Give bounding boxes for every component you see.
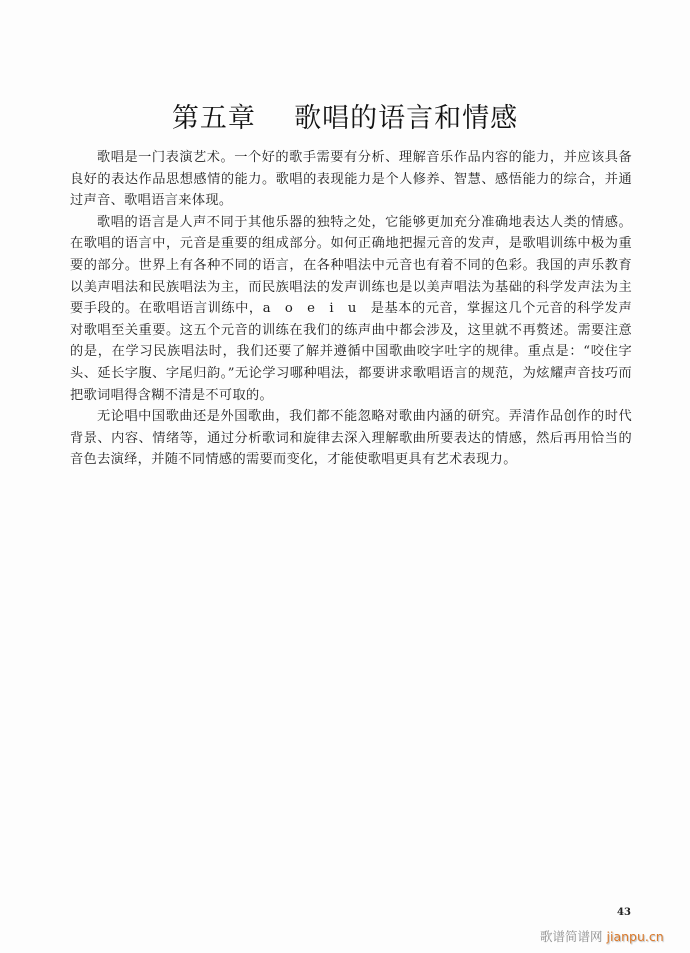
body-text: 歌唱是一门表演艺术。一个好的歌手需要有分析、理解音乐作品内容的能力，并应该具备良… — [70, 147, 632, 471]
paragraph-1: 歌唱是一门表演艺术。一个好的歌手需要有分析、理解音乐作品内容的能力，并应该具备良… — [70, 147, 632, 212]
watermark-url: jianpu.cn — [607, 929, 664, 944]
paragraph-2: 歌唱的语言是人声不同于其他乐器的独特之处，它能够更加充分准确地表达人类的情感。在… — [70, 212, 632, 406]
watermark-site-name: 歌谱简谱网 — [540, 929, 603, 944]
page-number: 43 — [617, 907, 631, 918]
watermark: 歌谱简谱网jianpu.cn — [540, 927, 664, 945]
paragraph-3: 无论唱中国歌曲还是外国歌曲，我们都不能忽略对歌曲内涵的研究。弄清作品创作的时代背… — [70, 406, 632, 471]
chapter-title: 第五章 歌唱的语言和情感 — [0, 96, 690, 135]
document-page: 第五章 歌唱的语言和情感 歌唱是一门表演艺术。一个好的歌手需要有分析、理解音乐作… — [0, 0, 690, 953]
